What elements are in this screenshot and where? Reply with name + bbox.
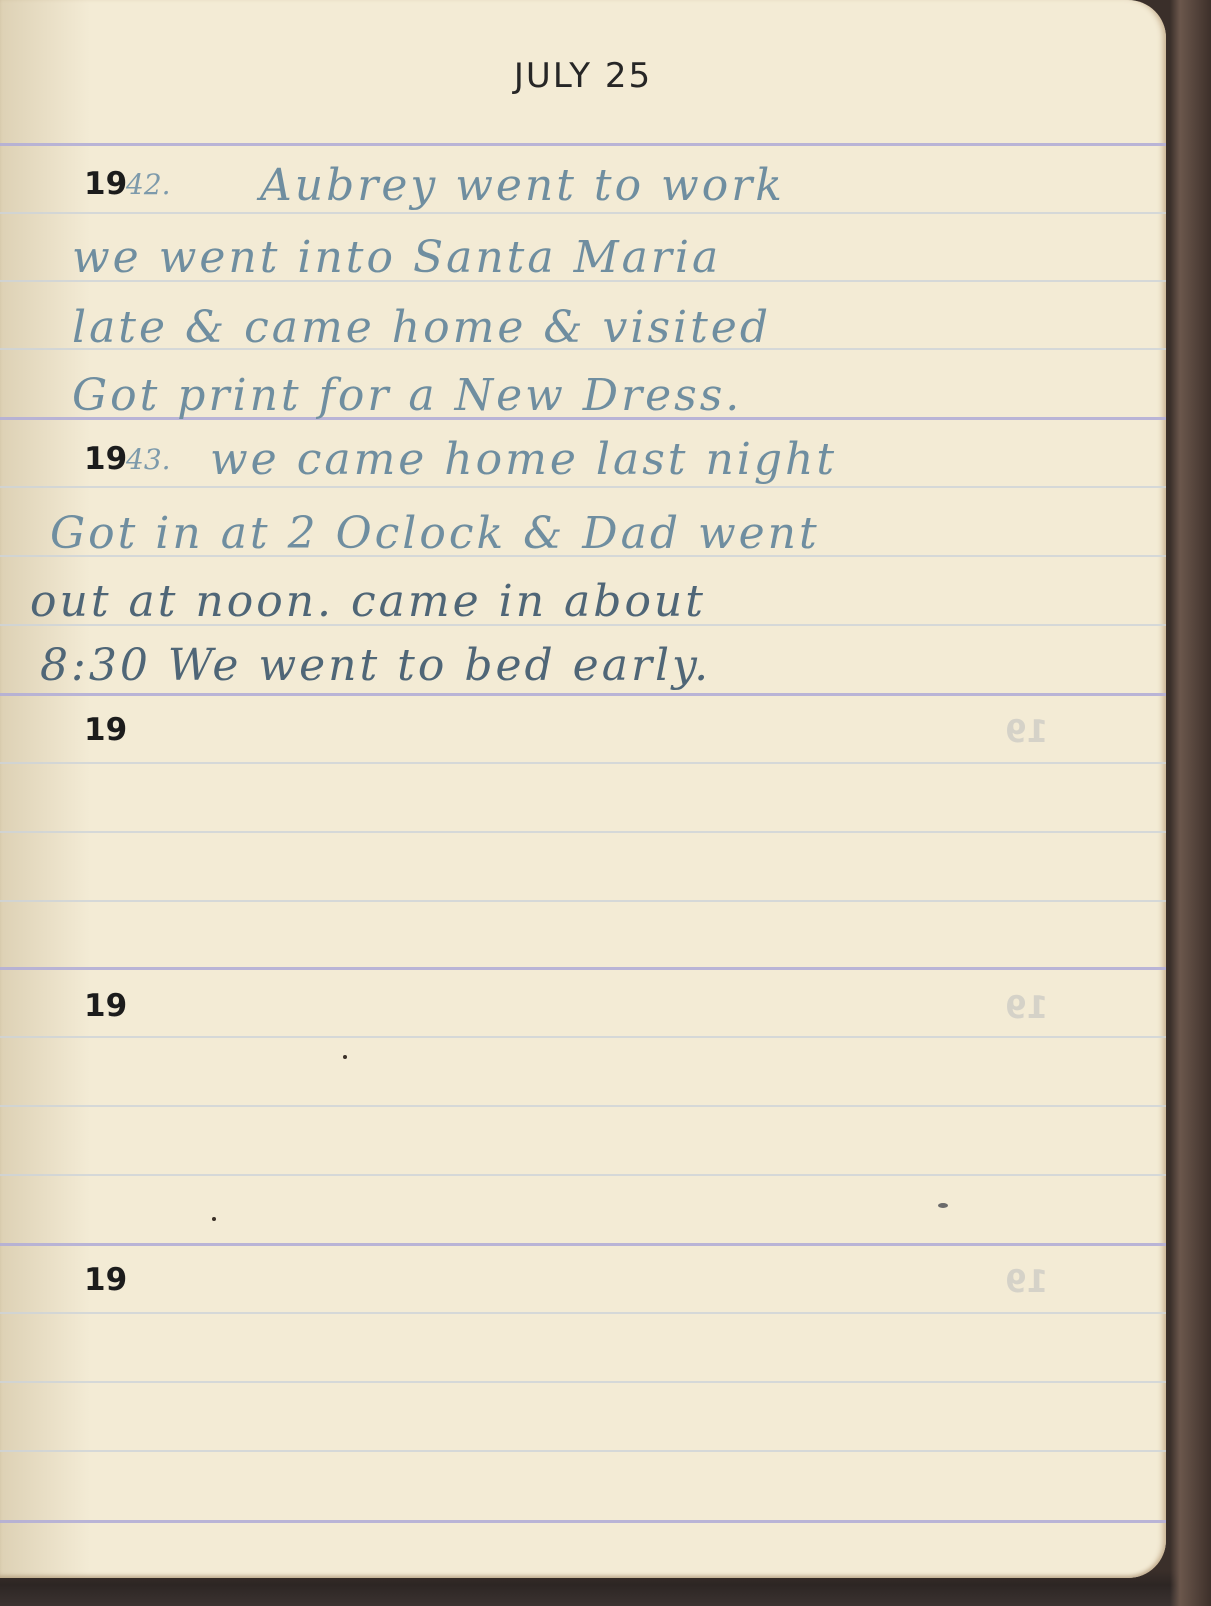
handwritten-line: we came home last night [210,434,837,485]
diary-page: JULY 25 19 42. Aubrey went to work we we… [0,0,1166,1578]
paper-speck [343,1055,347,1059]
section-divider [0,693,1166,696]
handwritten-line: Got in at 2 Oclock & Dad went [50,508,820,559]
handwritten-line: we went into Santa Maria [72,232,721,283]
ruled-line [0,1036,1166,1038]
year-suffix: 42. [126,168,171,201]
section-divider [0,1520,1166,1523]
handwritten-line: Aubrey went to work [260,160,785,211]
year-label: 19 [84,166,127,202]
year-label: 19 [84,712,127,748]
ruled-line [0,762,1166,764]
year-label: 19 [84,988,127,1024]
ruled-line [0,1312,1166,1314]
paper-speck [938,1203,948,1208]
year-label: 19 [84,441,127,477]
ruled-line [0,1450,1166,1452]
ruled-line [0,1174,1166,1176]
handwritten-line: out at noon. came in about [30,576,706,627]
handwritten-line: late & came home & visited [72,302,771,353]
section-divider [0,143,1166,146]
bleed-through-label: 19 [1005,1264,1048,1300]
section-divider [0,1243,1166,1246]
ruled-line [0,831,1166,833]
year-label: 19 [84,1262,127,1298]
bleed-through-label: 19 [1005,714,1048,750]
ruled-line [0,1381,1166,1383]
ruled-line [0,900,1166,902]
year-suffix: 43. [126,443,171,476]
ruled-line [0,212,1166,214]
handwritten-line: Got print for a New Dress. [72,370,742,421]
ruled-line [0,1105,1166,1107]
bleed-through-label: 19 [1005,990,1048,1026]
ruled-line [0,486,1166,488]
page-date-header: JULY 25 [0,56,1166,96]
section-divider [0,967,1166,970]
paper-speck [212,1217,216,1221]
handwritten-line: 8:30 We went to bed early. [40,640,711,691]
